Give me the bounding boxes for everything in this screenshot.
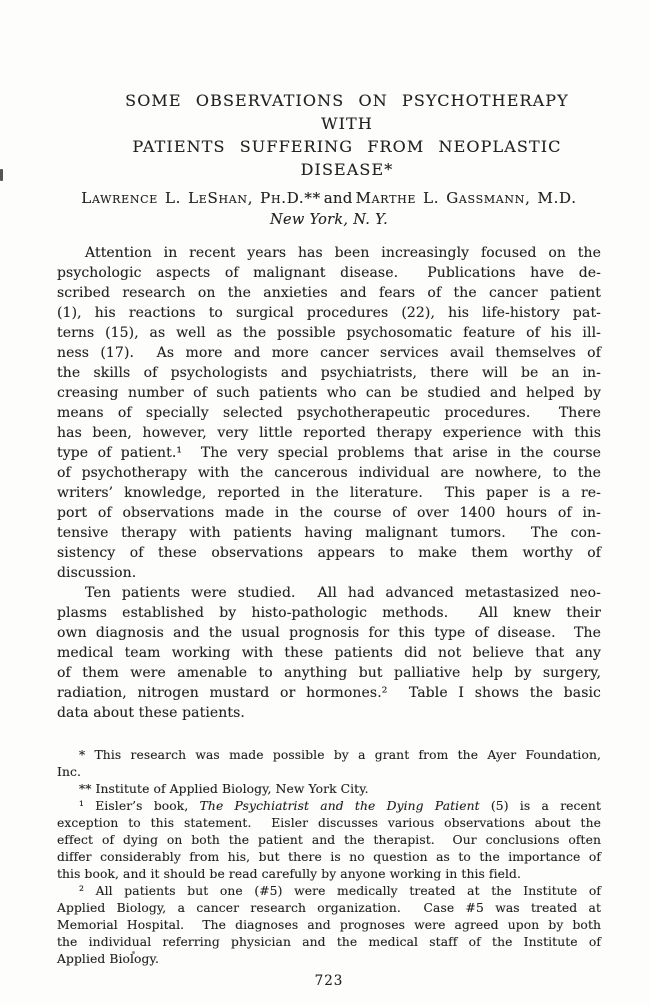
article-title-line-1: SOME OBSERVATIONS ON PSYCHOTHERAPY WITH xyxy=(93,89,601,135)
body-paragraph-line: creasing number of such patients who can… xyxy=(57,383,601,403)
article-title: SOME OBSERVATIONS ON PSYCHOTHERAPY WITH … xyxy=(93,89,601,181)
body-paragraph-line: plasms established by histo-pathologic m… xyxy=(57,603,601,623)
footnote-line: differ considerably from his, but there … xyxy=(57,849,601,866)
body-paragraph-line: ness (17). As more and more cancer servi… xyxy=(57,343,601,363)
author-connector: and xyxy=(324,189,353,207)
body-paragraph-line: writers’ knowledge, reported in the lite… xyxy=(57,483,601,503)
footnote-line: this book, and it should be read careful… xyxy=(57,866,601,883)
authors-line: Lawrence L. LeShan, Ph.D.**andMarthe L. … xyxy=(57,189,601,208)
footnote-line: ** Institute of Applied Biology, New Yor… xyxy=(57,781,601,798)
body-text: Attention in recent years has been incre… xyxy=(57,243,601,723)
footnote-line: ² All patients but one (#5) were medical… xyxy=(57,883,601,900)
body-paragraph-line: scribed research on the anxieties and fe… xyxy=(57,283,601,303)
body-paragraph-line: discussion. xyxy=(57,563,601,583)
footnote: ¹ Eisler’s book, The Psychiatrist and th… xyxy=(57,798,601,883)
footnote-line: exception to this statement. Eisler disc… xyxy=(57,815,601,832)
body-paragraph-line: radiation, nitrogen mustard or hormones.… xyxy=(57,683,601,703)
scan-artifact-margin-dash xyxy=(0,169,3,181)
scanned-paper-page: SOME OBSERVATIONS ON PSYCHOTHERAPY WITH … xyxy=(0,0,650,1005)
body-paragraph: Ten patients were studied. All had advan… xyxy=(57,583,601,723)
body-paragraph-line: own diagnosis and the usual prognosis fo… xyxy=(57,623,601,643)
author-1: Lawrence L. LeShan, Ph.D.** xyxy=(81,189,321,207)
footnote-line: Applied Biology. xyxy=(57,951,601,968)
scan-artifact-speck xyxy=(132,951,135,954)
article-title-line-2: PATIENTS SUFFERING FROM NEOPLASTIC DISEA… xyxy=(93,135,601,181)
body-paragraph-line: port of observations made in the course … xyxy=(57,503,601,523)
body-paragraph: Attention in recent years has been incre… xyxy=(57,243,601,583)
footnote-line: * This research was made possible by a g… xyxy=(57,747,601,764)
body-paragraph-line: of psychotherapy with the cancerous indi… xyxy=(57,463,601,483)
location-line: New York, N. Y. xyxy=(57,211,601,230)
footnote: * This research was made possible by a g… xyxy=(57,747,601,781)
footnote-line: Memorial Hospital. The diagnoses and pro… xyxy=(57,917,601,934)
footnote-line: the individual referring physician and t… xyxy=(57,934,601,951)
body-paragraph-line: sistency of these observations appears t… xyxy=(57,543,601,563)
body-paragraph-line: means of specially selected psychotherap… xyxy=(57,403,601,423)
footnote: ** Institute of Applied Biology, New Yor… xyxy=(57,781,601,798)
body-paragraph-line: the skills of psychologists and psychiat… xyxy=(57,363,601,383)
body-paragraph-line: Attention in recent years has been incre… xyxy=(57,243,601,263)
footnote-line: ¹ Eisler’s book, The Psychiatrist and th… xyxy=(57,798,601,815)
author-2: Marthe L. Gassmann, M.D. xyxy=(356,189,577,207)
footnotes-block: * This research was made possible by a g… xyxy=(57,747,601,968)
body-paragraph-line: terns (15), as well as the possible psyc… xyxy=(57,323,601,343)
body-paragraph-line: data about these patients. xyxy=(57,703,601,723)
page-number: 723 xyxy=(57,972,601,990)
body-paragraph-line: Ten patients were studied. All had advan… xyxy=(57,583,601,603)
body-paragraph-line: tensive therapy with patients having mal… xyxy=(57,523,601,543)
body-paragraph-line: (1), his reactions to surgical procedure… xyxy=(57,303,601,323)
footnote-line: effect of dying on both the patient and … xyxy=(57,832,601,849)
footnote-line: Inc. xyxy=(57,764,601,781)
body-paragraph-line: type of patient.¹ The very special probl… xyxy=(57,443,601,463)
body-paragraph-line: of them were amenable to anything but pa… xyxy=(57,663,601,683)
body-paragraph-line: psychologic aspects of malignant disease… xyxy=(57,263,601,283)
footnote-line: Applied Biology, a cancer research organ… xyxy=(57,900,601,917)
text-column: SOME OBSERVATIONS ON PSYCHOTHERAPY WITH … xyxy=(0,89,650,990)
body-paragraph-line: medical team working with these patients… xyxy=(57,643,601,663)
footnote: ² All patients but one (#5) were medical… xyxy=(57,883,601,968)
body-paragraph-line: has been, however, very little reported … xyxy=(57,423,601,443)
